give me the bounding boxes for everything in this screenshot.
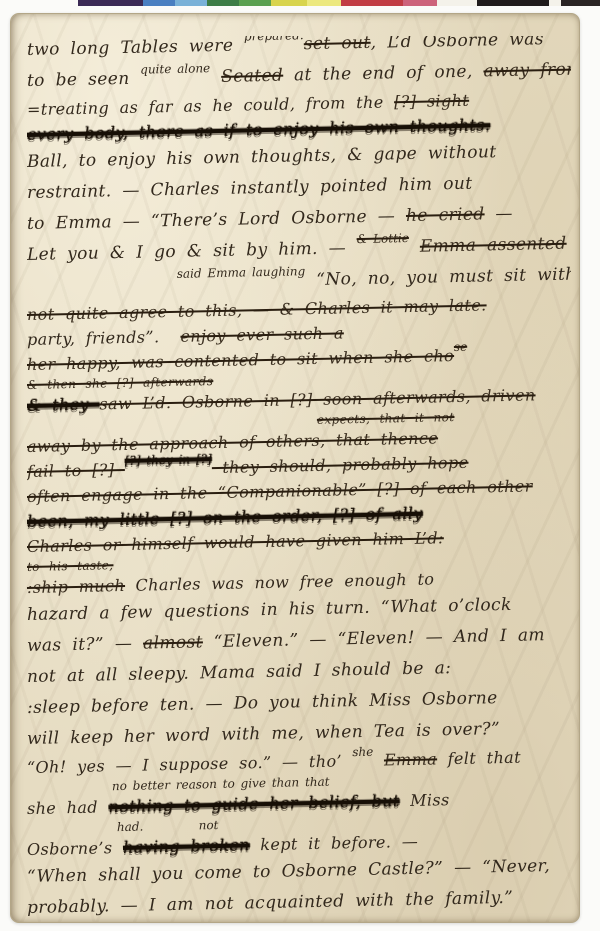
text-segment: kept it before. — [250, 832, 419, 855]
inserted-text: had. [117, 820, 144, 835]
deleted-text: away from [483, 59, 571, 81]
inserted-text: not [198, 818, 218, 832]
deleted-text: & Lottie [356, 231, 409, 246]
manuscript-page: two long Tables were prepared.set out, L… [10, 13, 580, 923]
deleted-text: Seated [221, 66, 283, 87]
deleted-text: to his taste, [27, 558, 114, 574]
deleted-text: Emma assented [420, 234, 567, 257]
deleted-text: [?] they in [?] [125, 452, 212, 468]
deleted-text: & they [27, 394, 100, 415]
deleted-text: expects, that it not [317, 410, 455, 427]
text-segment: “When shall you come to Osborne Castle?”… [27, 856, 550, 887]
color-swatch-white [437, 0, 477, 6]
text-segment: Osborne’s [27, 838, 123, 859]
text-segment: :sleep before ten. — Do you think Miss O… [27, 688, 498, 718]
deleted-text: they should, probably hope [212, 453, 469, 477]
color-swatch-black [477, 0, 549, 6]
deleted-text: he cried [406, 204, 485, 226]
text-segment: was it?” — [27, 634, 143, 656]
text-segment: Ball, to enjoy his own thoughts, & gape … [27, 142, 497, 172]
deleted-text: set out [304, 36, 371, 54]
deleted-text: almost [143, 632, 203, 653]
text-segment: not at all sleepy. Mama said I should be… [27, 658, 452, 687]
text-segment: will keep her word with me, when Tea is … [27, 719, 500, 749]
text-segment: restraint. — Charles instantly pointed h… [27, 174, 473, 203]
deleted-text: :ship much [27, 576, 125, 597]
color-swatch-dark-green [207, 0, 239, 6]
deleted-text: fail to [?] [27, 460, 125, 481]
color-swatch-green [239, 0, 271, 6]
text-segment: hazard a few questions in his turn. “Wha… [27, 595, 512, 625]
text-segment: Let you & I go & sit by him. — [27, 238, 357, 265]
text-segment: at the end of one, [283, 61, 484, 85]
color-calibration-bar [78, 0, 600, 6]
inserted-text: prepared. [244, 36, 304, 43]
text-segment: to be seen [27, 69, 141, 91]
text-segment: Miss [399, 790, 449, 810]
deleted-text: enjoy ever such a [180, 323, 344, 345]
deleted-text: [?] sight [394, 91, 469, 112]
text-segment [143, 818, 199, 833]
text-segment [409, 237, 420, 257]
text-segment: “Eleven.” — “Eleven! — And I am [203, 625, 545, 652]
deleted-text: having broken [123, 835, 250, 857]
text-segment: two long Tables were [27, 36, 244, 60]
text-segment: felt that [437, 748, 521, 769]
text-segment: to Emma — “There’s Lord Osborne — [27, 206, 406, 234]
deleted-text: nothing to guide her belief, but [108, 791, 400, 816]
color-swatch-white-gap [549, 0, 561, 6]
color-swatch-pale-yellow [307, 0, 341, 6]
text-segment [373, 751, 384, 770]
text-segment: she had [27, 797, 109, 818]
text-segment [210, 67, 221, 87]
scanned-manuscript-screenshot: { "document": { "kind": "handwritten man… [0, 0, 600, 931]
deleted-text: & then she [?] afterwards [27, 374, 213, 392]
color-swatch-red [341, 0, 403, 6]
text-segment: “Oh! yes — I suppose so.” — tho’ [27, 751, 353, 777]
deleted-text: Emma [384, 749, 438, 769]
color-swatch-dark-gray [561, 0, 600, 6]
inserted-text: she [352, 745, 373, 759]
color-swatch-dark-purple [78, 0, 143, 6]
text-segment: Charles was now free enough to [125, 569, 435, 594]
inserted-text: quite alone [140, 61, 210, 76]
color-swatch-pink [403, 0, 437, 6]
deleted-text: been, my little [?] on the order, [?] of… [27, 504, 423, 531]
deleted-text: se [454, 340, 468, 354]
text-segment: — [484, 204, 513, 225]
color-swatch-light-blue [175, 0, 207, 6]
text-segment: “No, no, you must sit with my [305, 264, 571, 290]
text-segment: probably. — I am not acquainted with the… [27, 888, 513, 916]
text-segment: , L’d Osborne was [370, 36, 544, 53]
color-swatch-blue [143, 0, 175, 6]
inserted-text: said Emma laughing [177, 264, 306, 281]
color-swatch-yellow [271, 0, 307, 6]
manuscript-text: two long Tables were prepared.set out, L… [27, 36, 571, 916]
text-segment: party, friends”. [27, 327, 181, 349]
text-segment: =treating as far as he could, from the [27, 92, 394, 119]
